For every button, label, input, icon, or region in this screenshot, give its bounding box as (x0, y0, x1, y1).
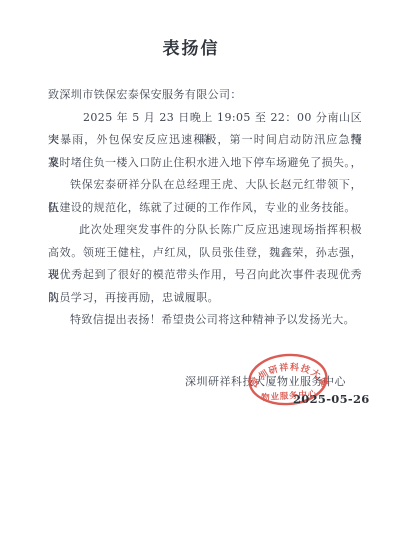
letter-date: 2025-05-26 (293, 392, 370, 406)
paragraph-1-line-3: 及时堵住负一楼入口防止住积水进入地下停车场避免了损失。 (48, 152, 362, 175)
paragraph-4-line-1: 特致信提出表扬！希望贵公司将这种精神予以发扬光大。 (48, 309, 362, 332)
letter-body: 致深圳市铁保宏泰保安服务有限公司： 2025 年 5 月 23 日晚上 19:0… (48, 84, 362, 332)
paragraph-2-line-2: 伍建设的规范化，练就了过硬的工作作风，专业的业务技能。 (48, 197, 362, 220)
paragraph-3-line-2: 高效。领班王健柱，卢红凤，队员张佳登，魏鑫荣，孙志强，表 (48, 242, 362, 265)
paragraph-3-line-1: 此次处理突发事件的分队长陈广反应迅速现场指挥积极 (48, 219, 362, 242)
paragraph-1-line-2: 大暴雨，外包保安反应迅速积极，第一时间启动防汛应急预案， (48, 129, 362, 152)
commendation-letter-page: 表扬信 致深圳市铁保宏泰保安服务有限公司： 2025 年 5 月 23 日晚上 … (0, 0, 400, 541)
salutation-line: 致深圳市铁保宏泰保安服务有限公司： (48, 84, 362, 107)
paragraph-2-line-1: 铁保宏泰研祥分队在总经理王虎、大队长赵元红带领下，队 (48, 174, 362, 197)
paragraph-3-line-3: 现优秀起到了很好的模范带头作用，号召向此次事件表现优秀的 (48, 264, 362, 287)
paragraph-1-line-1: 2025 年 5 月 23 日晚上 19:05 至 22：00 分南山区突降特 (48, 107, 362, 130)
letter-title: 表扬信 (0, 34, 382, 59)
paragraph-3-line-4: 队员学习，再接再励，忠诚履职。 (48, 287, 362, 310)
